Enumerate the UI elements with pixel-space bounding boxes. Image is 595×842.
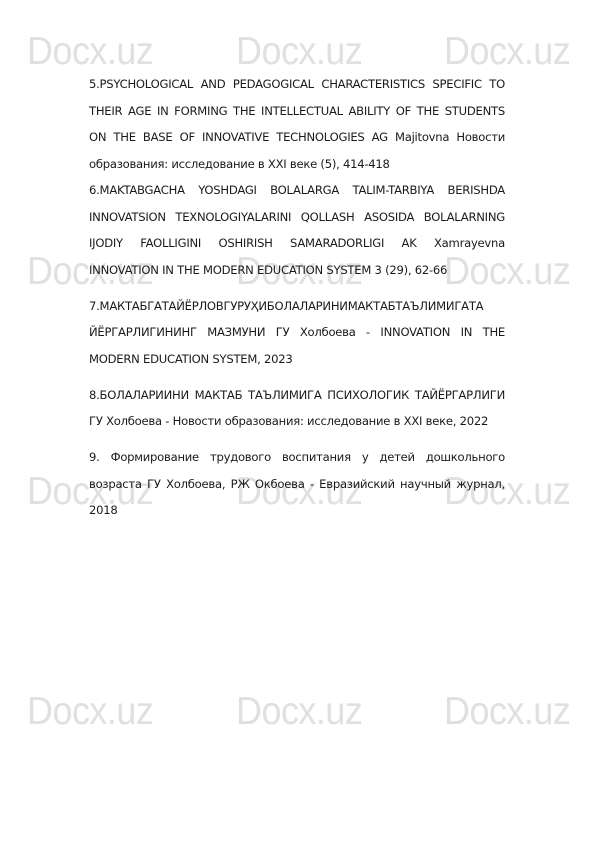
reference-8: 8.БОЛАЛАРИИНИ МАКТАБ ТАЪЛИМИГА ПСИХОЛОГИ… (89, 382, 505, 435)
watermark-text: Docx.uz (27, 32, 153, 71)
watermark-text: Docx.uz (444, 692, 570, 731)
reference-5: 5.PSYCHOLOGICAL AND PEDAGOGICAL CHARACTE… (89, 71, 505, 177)
watermark-text: Docx.uz (236, 692, 362, 731)
watermark-text: Docx.uz (236, 32, 362, 71)
reference-7: 7.МАКТАБГАТАЙЁРЛОВГУРУҲИБОЛАЛАРИНИМАКТАБ… (89, 293, 505, 373)
reference-9: 9. Формирование трудового воспитания у д… (89, 444, 505, 524)
reference-6: 6.MAKTABGACHA YOSHDAGI BOLALARGA TALIM-T… (89, 177, 505, 283)
watermark-text: Docx.uz (27, 692, 153, 731)
document-page: 5.PSYCHOLOGICAL AND PEDAGOGICAL CHARACTE… (89, 71, 505, 533)
watermark-text: Docx.uz (444, 32, 570, 71)
